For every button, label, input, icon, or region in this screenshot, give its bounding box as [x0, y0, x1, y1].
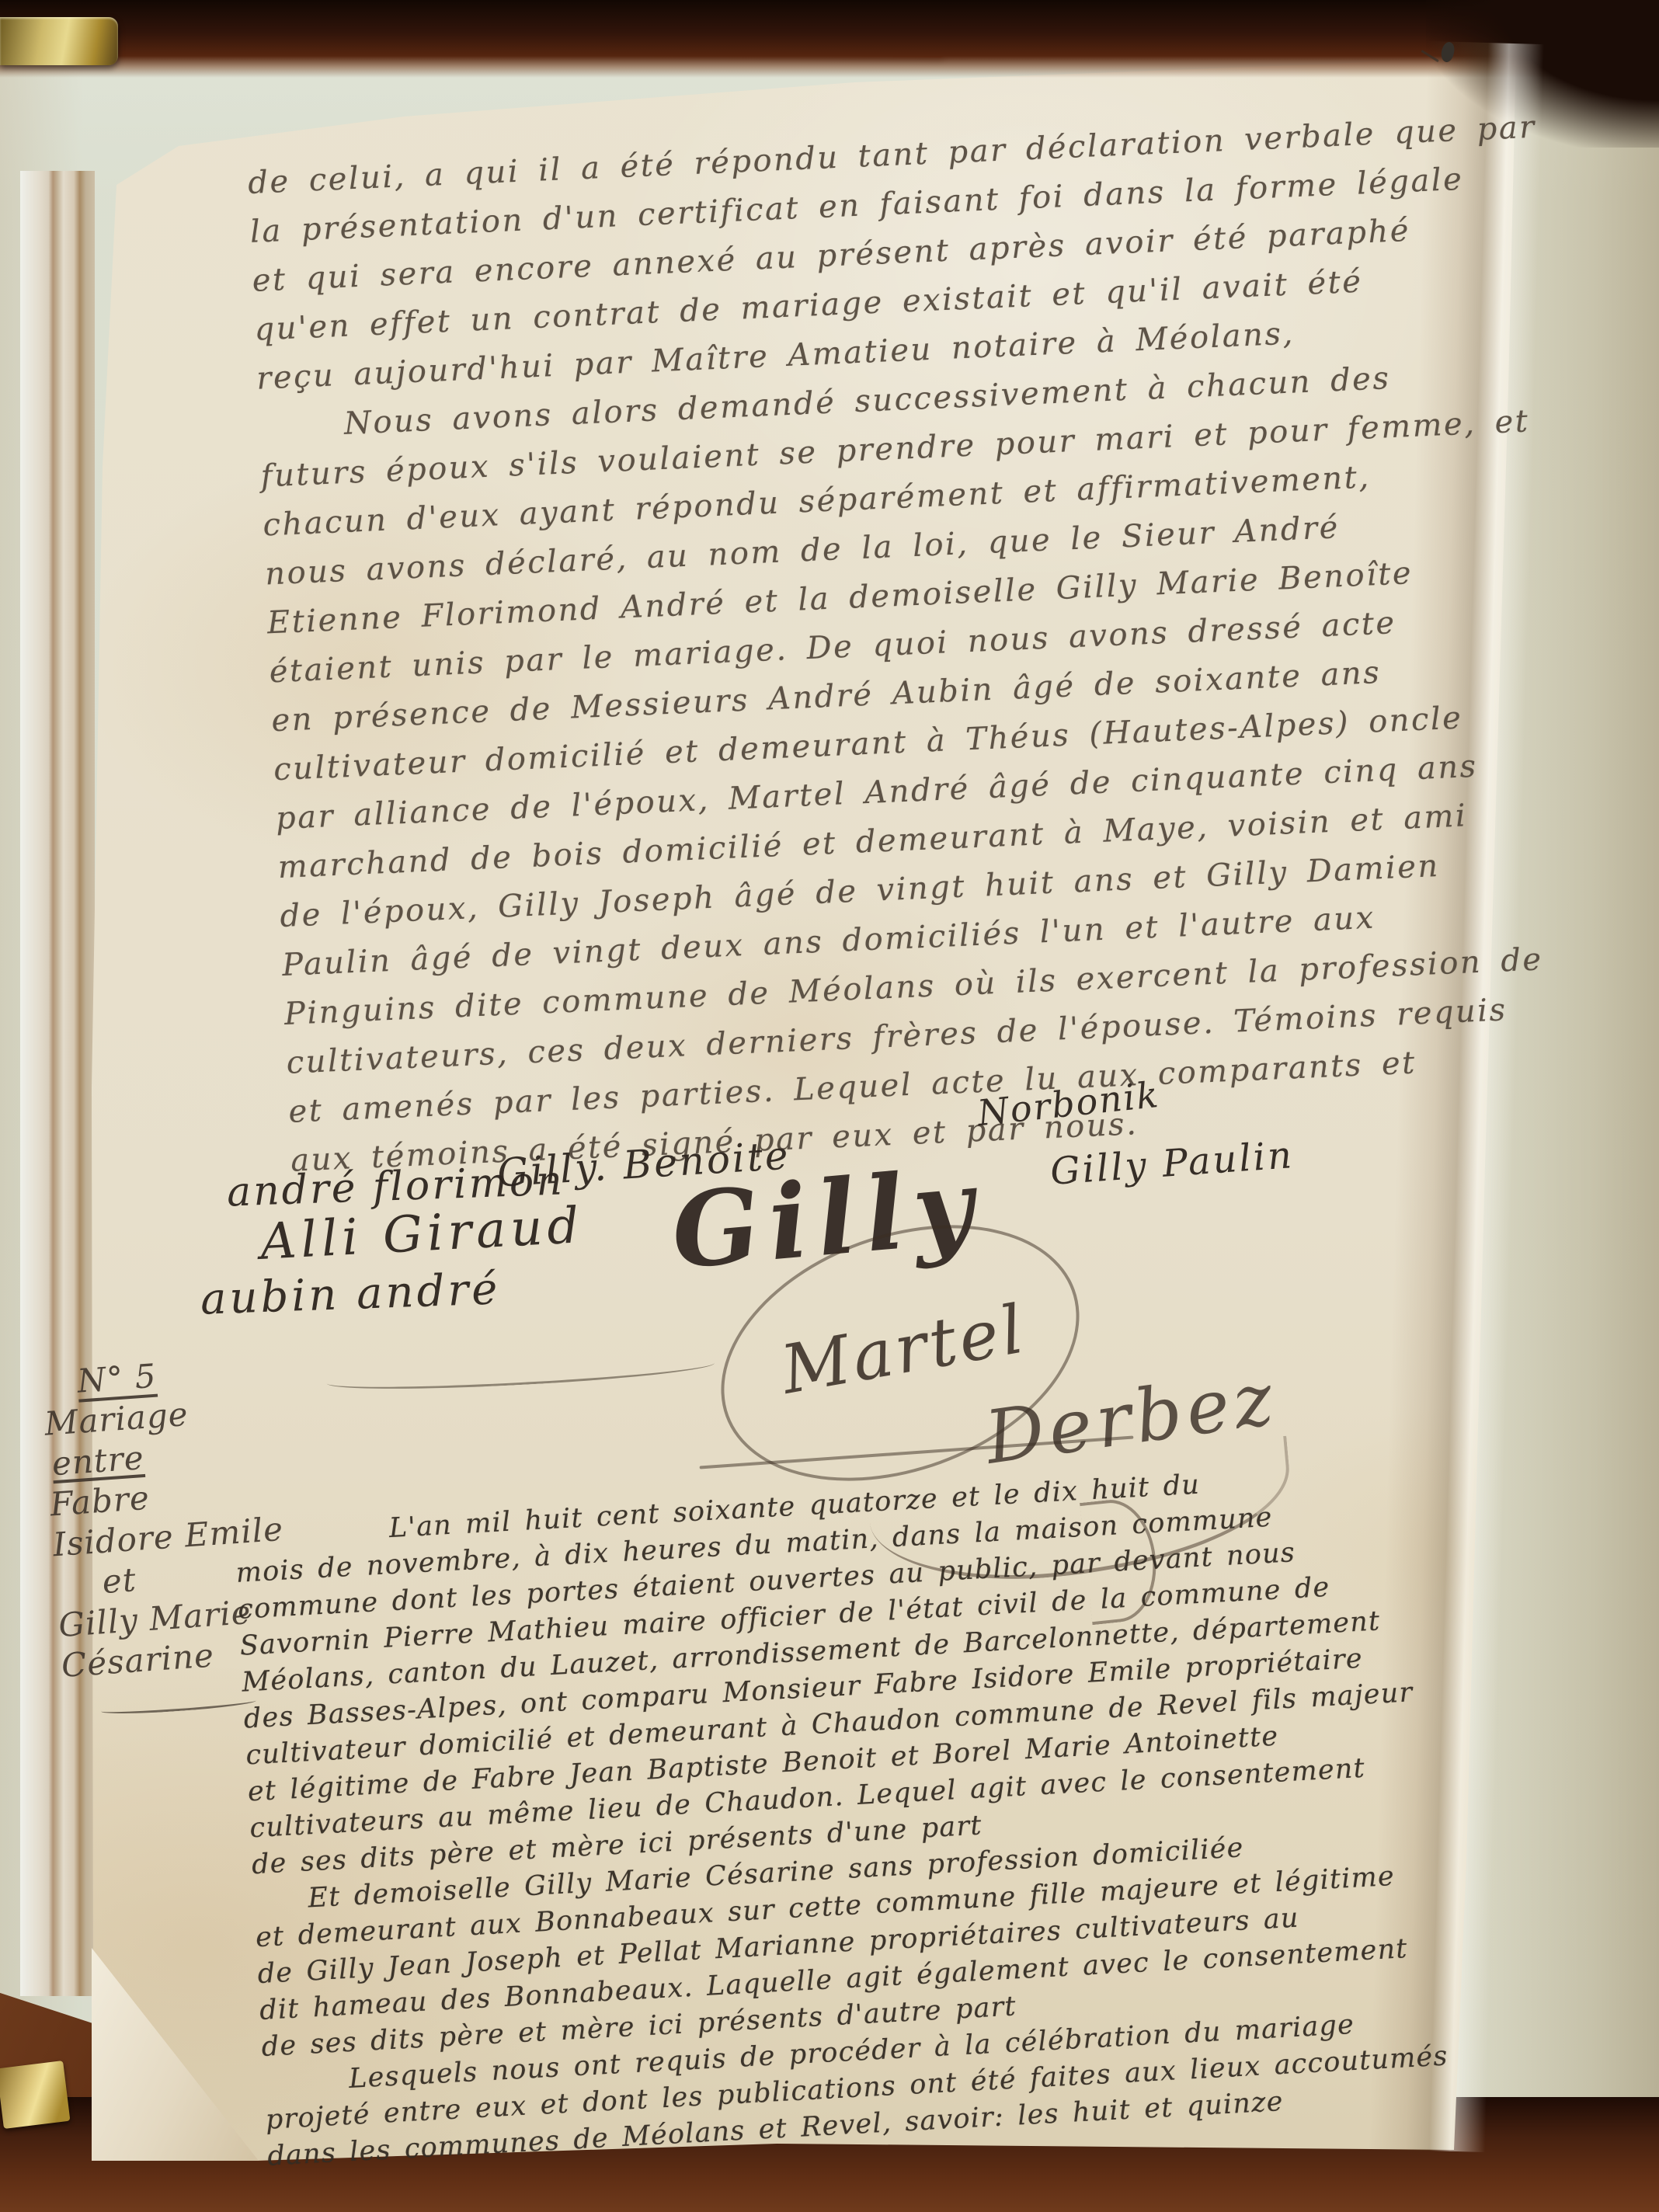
- act-1-text-block: de celui, a qui il a été répondu tant pa…: [247, 105, 1533, 1186]
- leather-binding-top-edge: [0, 0, 1659, 78]
- photo-of-marriage-register-page: de celui, a qui il a été répondu tant pa…: [0, 0, 1659, 2212]
- page-stack-left-edge: [20, 171, 95, 1996]
- act-2-text-block: L'an mil huit cent soixante quatorze et …: [233, 1451, 1525, 2175]
- signature-aubin-andre: aubin andré: [200, 1264, 501, 1324]
- brass-corner-bottom-left: [0, 2061, 70, 2129]
- brass-clasp-top-left: [0, 17, 118, 65]
